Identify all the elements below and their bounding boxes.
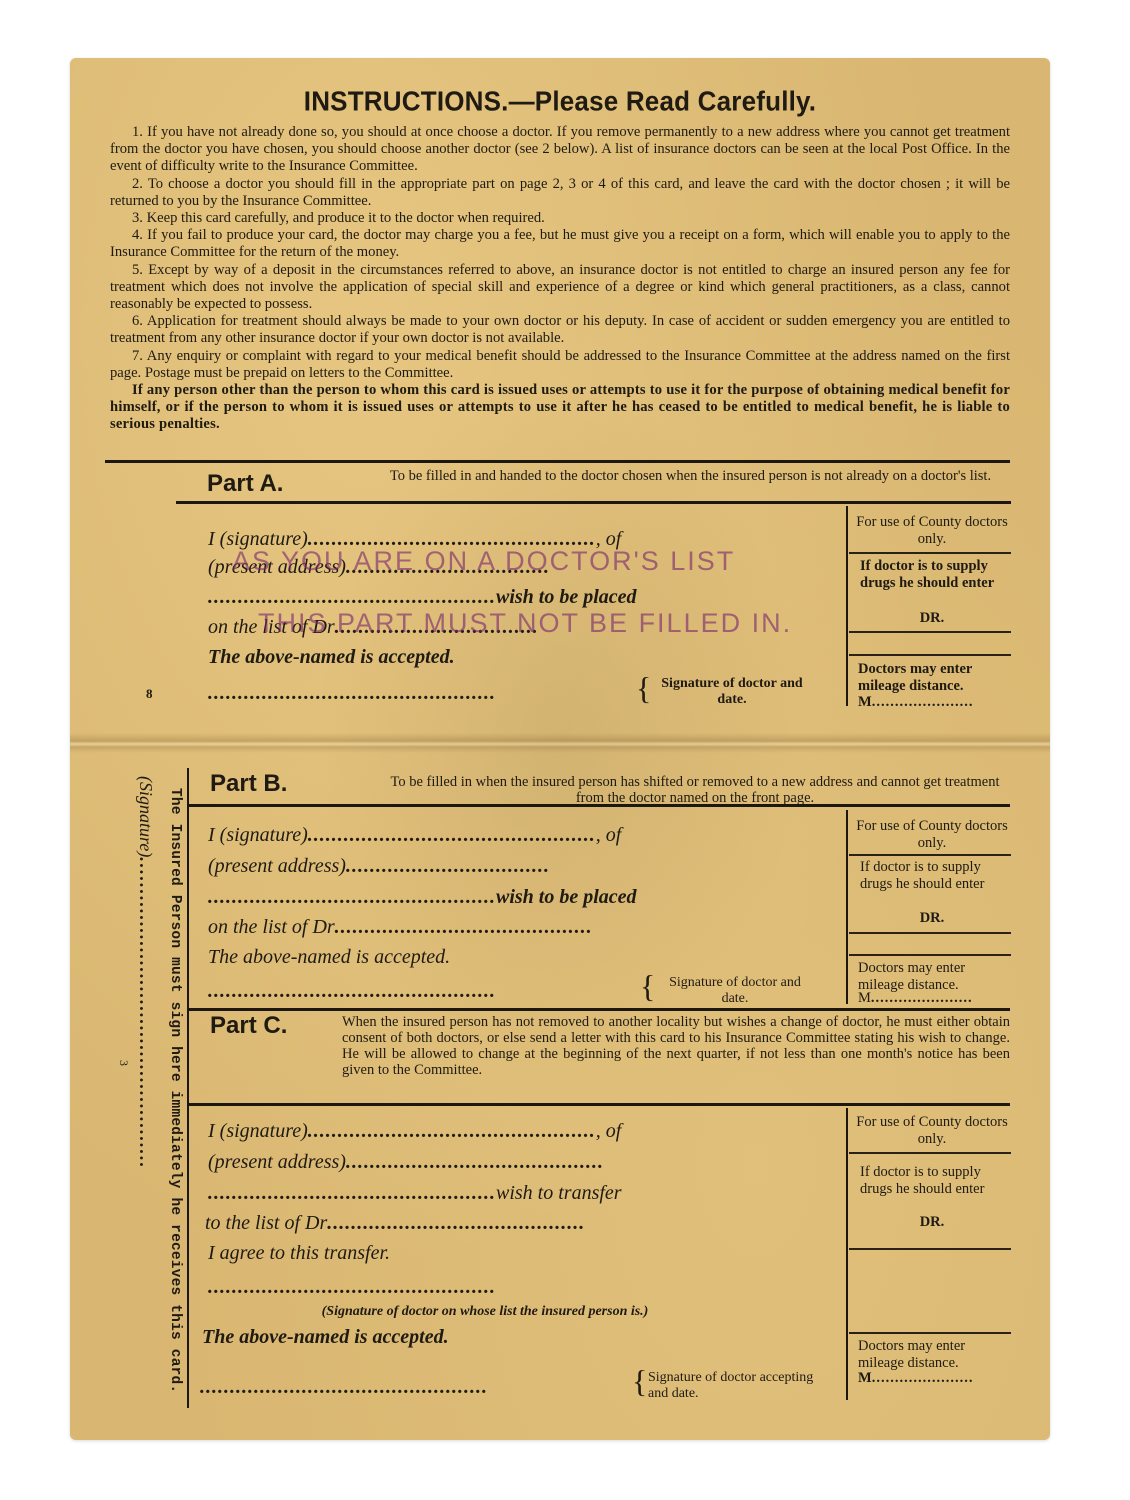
of-label: , of (596, 824, 622, 846)
column-divider (846, 506, 848, 706)
dotted-line: .................................. (346, 855, 550, 877)
part-c-agree-label: I agree to this transfer. (208, 1242, 390, 1265)
fold-crease (70, 733, 1050, 753)
dotted-line: ........................................… (208, 1182, 496, 1204)
part-b-signature-field[interactable]: I (signature)...........................… (208, 824, 621, 847)
dotted-line: ........................................… (208, 1276, 496, 1298)
part-b-address-line-2[interactable]: ........................................… (208, 886, 637, 909)
dotted-line: ........................................… (308, 824, 596, 846)
divider (849, 932, 1011, 934)
dotted-line: ........................................… (346, 1151, 604, 1173)
part-a-label: Part A. (207, 470, 283, 498)
part-c-label: Part C. (210, 1012, 287, 1040)
address-label: (present address) (208, 1151, 346, 1173)
drugs-label: If doctor is to supply drugs he should e… (860, 1164, 1000, 1198)
address-label: (present address) (208, 855, 346, 877)
county-label: For use of County doctors only. (852, 1114, 1012, 1148)
part-c-accepted-label: The above-named is accepted. (202, 1326, 449, 1349)
instruction-2: 2. To choose a doctor you should fill in… (110, 176, 1010, 210)
county-label: For use of County doctors only. (852, 818, 1012, 852)
divider (188, 804, 1010, 807)
list-label: on the list of Dr (208, 916, 335, 938)
part-a-accepted-label: The above-named is accepted. (208, 646, 455, 669)
wish-label: wish to be placed (496, 886, 637, 908)
medical-card: INSTRUCTIONS.—Please Read Carefully. 1. … (70, 58, 1050, 1440)
divider (849, 854, 1011, 856)
part-a-address-line-2[interactable]: ........................................… (208, 586, 637, 609)
mileage-label: Doctors may enter mileage distance. (858, 960, 1008, 994)
mileage-field[interactable]: M...................... (858, 990, 973, 1007)
divider (105, 460, 1010, 463)
mileage-prefix: M (858, 694, 872, 710)
part-b-doctor-signature-field[interactable]: ........................................… (208, 980, 496, 1003)
divider (849, 1248, 1011, 1250)
signature-label: I (signature) (208, 824, 308, 846)
signature-label: I (signature) (208, 1120, 308, 1142)
part-b-accepted-label: The above-named is accepted. (208, 946, 450, 969)
part-b-description: To be filled in when the insured person … (380, 774, 1010, 806)
page-mark: 8 (146, 686, 153, 702)
margin-signature-field[interactable]: (Signature).............................… (135, 776, 156, 1169)
mileage-field[interactable]: M...................... (858, 694, 973, 711)
dotted-line: ........................................… (308, 1120, 596, 1142)
column-divider (846, 1108, 848, 1400)
mileage-prefix: M (858, 990, 871, 1006)
instruction-7: 7. Any enquiry or complaint with regard … (110, 348, 1010, 382)
part-c-address-line-2[interactable]: ........................................… (208, 1182, 622, 1205)
dotted-line: ........................................… (136, 857, 156, 1169)
drugs-label: If doctor is to supply drugs he should e… (860, 859, 1000, 893)
stamp-line-2: THIS PART MUST NOT BE FILLED IN. (258, 608, 792, 639)
dotted-line: ...................... (872, 1370, 974, 1386)
brace: { (640, 971, 655, 1001)
part-a-description: To be filled in and handed to the doctor… (368, 468, 1013, 484)
drugs-label: If doctor is to supply drugs he should e… (860, 558, 1000, 592)
dotted-line: ...................... (872, 694, 974, 710)
part-a-doctor-signature-field[interactable]: ........................................… (208, 682, 496, 705)
part-c-current-doctor-signature-label: (Signature of doctor on whose list the i… (250, 1304, 720, 1320)
instruction-5: 5. Except by way of a deposit in the cir… (110, 262, 1010, 314)
drugs-code: DR. (852, 1214, 1012, 1231)
margin-instruction: The Insured Person must sign here immedi… (167, 788, 183, 1393)
dotted-line: ........................................… (208, 586, 496, 608)
part-b-label: Part B. (210, 770, 287, 798)
dotted-line: ........................................… (327, 1212, 585, 1234)
instructions-list: 1. If you have not already done so, you … (110, 124, 1010, 434)
instruction-1: 1. If you have not already done so, you … (110, 124, 1010, 176)
divider (849, 954, 1011, 956)
dotted-line: ........................................… (208, 682, 496, 704)
brace: { (632, 1366, 647, 1396)
margin-signature-label: (Signature) (136, 776, 156, 857)
wish-label: wish to be placed (496, 586, 637, 608)
drugs-code: DR. (852, 910, 1012, 927)
divider (849, 1152, 1011, 1154)
page-title: INSTRUCTIONS.—Please Read Carefully. (70, 85, 1050, 118)
part-c-current-doctor-signature-field[interactable]: ........................................… (208, 1276, 496, 1299)
divider (849, 552, 1011, 554)
part-c-description: When the insured person has not removed … (342, 1014, 1010, 1078)
mileage-prefix: M (858, 1370, 872, 1386)
page-number: 3 (116, 1060, 131, 1066)
column-divider (846, 810, 848, 1004)
brace: { (636, 673, 651, 703)
dotted-line: ........................................… (335, 916, 593, 938)
instruction-4: 4. If you fail to produce your card, the… (110, 227, 1010, 261)
instruction-3: 3. Keep this card carefully, and produce… (110, 210, 1010, 227)
mileage-field[interactable]: M...................... (858, 1370, 973, 1387)
drugs-code: DR. (852, 610, 1012, 627)
part-c-signature-field[interactable]: I (signature)...........................… (208, 1120, 621, 1143)
mileage-label: Doctors may enter mileage distance. (858, 1338, 1008, 1372)
divider (849, 1332, 1011, 1334)
instruction-6: 6. Application for treatment should alwa… (110, 313, 1010, 347)
dotted-line: ........................................… (208, 980, 496, 1002)
divider (849, 631, 1011, 633)
part-b-doctor-field[interactable]: on the list of Dr.......................… (208, 916, 593, 939)
part-c-doctor-signature-label: Signature of doctor accepting and date. (648, 1370, 823, 1402)
divider (176, 501, 1011, 504)
dotted-line: ........................................… (200, 1376, 488, 1398)
margin-rule (187, 768, 189, 1408)
dotted-line: ...................... (871, 990, 973, 1006)
dotted-line: ........................................… (208, 886, 496, 908)
county-label: For use of County doctors only. (852, 514, 1012, 548)
part-b-doctor-signature-label: Signature of doctor and date. (655, 975, 815, 1007)
part-c-address-field[interactable]: (present address).......................… (208, 1151, 604, 1174)
stamp-line-1: AS YOU ARE ON A DOCTOR'S LIST (232, 546, 735, 577)
of-label: , of (596, 1120, 622, 1142)
part-b-address-field[interactable]: (present address).......................… (208, 855, 550, 878)
part-c-doctor-signature-field[interactable]: ........................................… (200, 1376, 488, 1399)
part-a-doctor-signature-label: Signature of doctor and date. (652, 676, 812, 708)
divider (188, 1103, 1010, 1106)
penalty-warning: If any person other than the person to w… (110, 382, 1010, 434)
list-label: to the list of Dr (205, 1212, 327, 1234)
divider (849, 654, 1011, 656)
mileage-label: Doctors may enter mileage distance. (858, 661, 1008, 695)
divider (188, 1008, 1010, 1011)
wish-label: wish to transfer (496, 1182, 622, 1204)
part-c-doctor-field[interactable]: to the list of Dr.......................… (205, 1212, 585, 1235)
